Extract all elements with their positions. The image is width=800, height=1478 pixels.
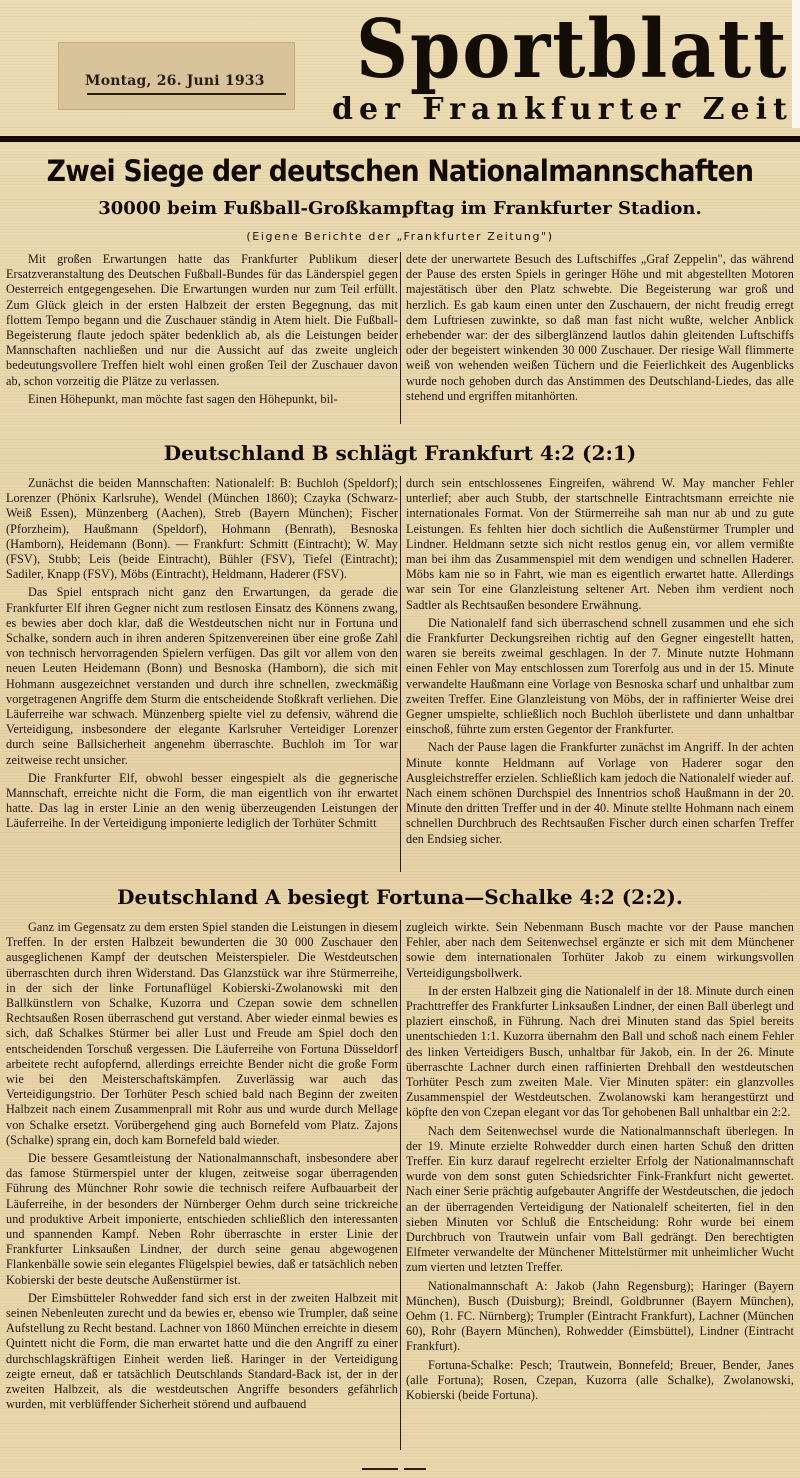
column-divider: [400, 920, 401, 1450]
section-b-left-column: Zunächst die beiden Mannschaften: Nation…: [6, 476, 398, 835]
section-a-left-column: Ganz im Gegensatz zu dem ersten Spiel st…: [6, 920, 398, 1416]
issue-date: Montag, 26. Juni 1933: [85, 73, 265, 89]
paragraph: Nach dem Seitenwechsel wurde die Nationa…: [406, 1124, 794, 1276]
paragraph: Das Spiel entsprach nicht ganz den Erwar…: [6, 585, 398, 767]
section-title-a: Deutschland A besiegt Fortuna—Schalke 4:…: [0, 884, 800, 910]
masthead-rule: [0, 136, 800, 142]
date-box: Montag, 26. Juni 1933: [58, 42, 295, 110]
paragraph: Ganz im Gegensatz zu dem ersten Spiel st…: [6, 920, 398, 1148]
byline: (Eigene Berichte der „Frankfurter Zeitun…: [0, 230, 800, 244]
sub-headline: 30000 beim Fußball-Großkampftag im Frank…: [0, 197, 800, 221]
paragraph: Die bessere Gesamtleistung der Nationalm…: [6, 1151, 398, 1288]
section-title-b: Deutschland B schlägt Frankfurt 4:2 (2:1…: [0, 440, 800, 466]
paragraph: Mit großen Erwartungen hatte das Frankfu…: [6, 252, 398, 389]
newspaper-title: Sportblatt: [356, 4, 756, 94]
scan-edge: [792, 0, 800, 128]
lineup-national-a: Nationalmannschaft A: Jakob (Jahn Regens…: [406, 1279, 794, 1355]
lineup-fortuna-schalke: Fortuna-Schalke: Pesch; Trautwein, Bonne…: [406, 1358, 794, 1404]
intro-right-column: dete der unerwartete Besuch des Luftschi…: [406, 252, 794, 407]
paragraph: Nach der Pause lagen die Frankfurter zun…: [406, 740, 794, 846]
intro-left-column: Mit großen Erwartungen hatte das Frankfu…: [6, 252, 398, 410]
paragraph: zugleich wirkte. Sein Nebenmann Busch ma…: [406, 920, 794, 981]
paragraph: Die Nationalelf fand sich überraschend s…: [406, 616, 794, 738]
paragraph: Zunächst die beiden Mannschaften: Nation…: [6, 476, 398, 582]
end-rule-left: [362, 1468, 398, 1470]
paragraph: Einen Höhepunkt, man möchte fast sagen d…: [6, 392, 398, 407]
column-divider: [400, 476, 401, 872]
date-underline: [87, 93, 286, 95]
section-b-right-column: durch sein entschlossenes Eingreifen, wä…: [406, 476, 794, 850]
column-divider: [400, 252, 401, 424]
section-a-right-column: zugleich wirkte. Sein Nebenmann Busch ma…: [406, 920, 794, 1406]
paragraph: Der Eimsbütteler Rohwedder fand sich ers…: [6, 1291, 398, 1413]
paragraph: dete der unerwartete Besuch des Luftschi…: [406, 252, 794, 404]
main-headline: Zwei Siege der deutschen Nationalmannsch…: [32, 152, 768, 190]
newspaper-subtitle: der Frankfurter Zeitung: [332, 92, 772, 128]
paragraph: In der ersten Halbzeit ging die National…: [406, 984, 794, 1121]
paragraph: durch sein entschlossenes Eingreifen, wä…: [406, 476, 794, 613]
end-rule-right: [404, 1468, 426, 1470]
paragraph: Die Frankfurter Elf, obwohl besser einge…: [6, 771, 398, 832]
masthead: Montag, 26. Juni 1933 Sportblatt der Fra…: [0, 0, 800, 135]
